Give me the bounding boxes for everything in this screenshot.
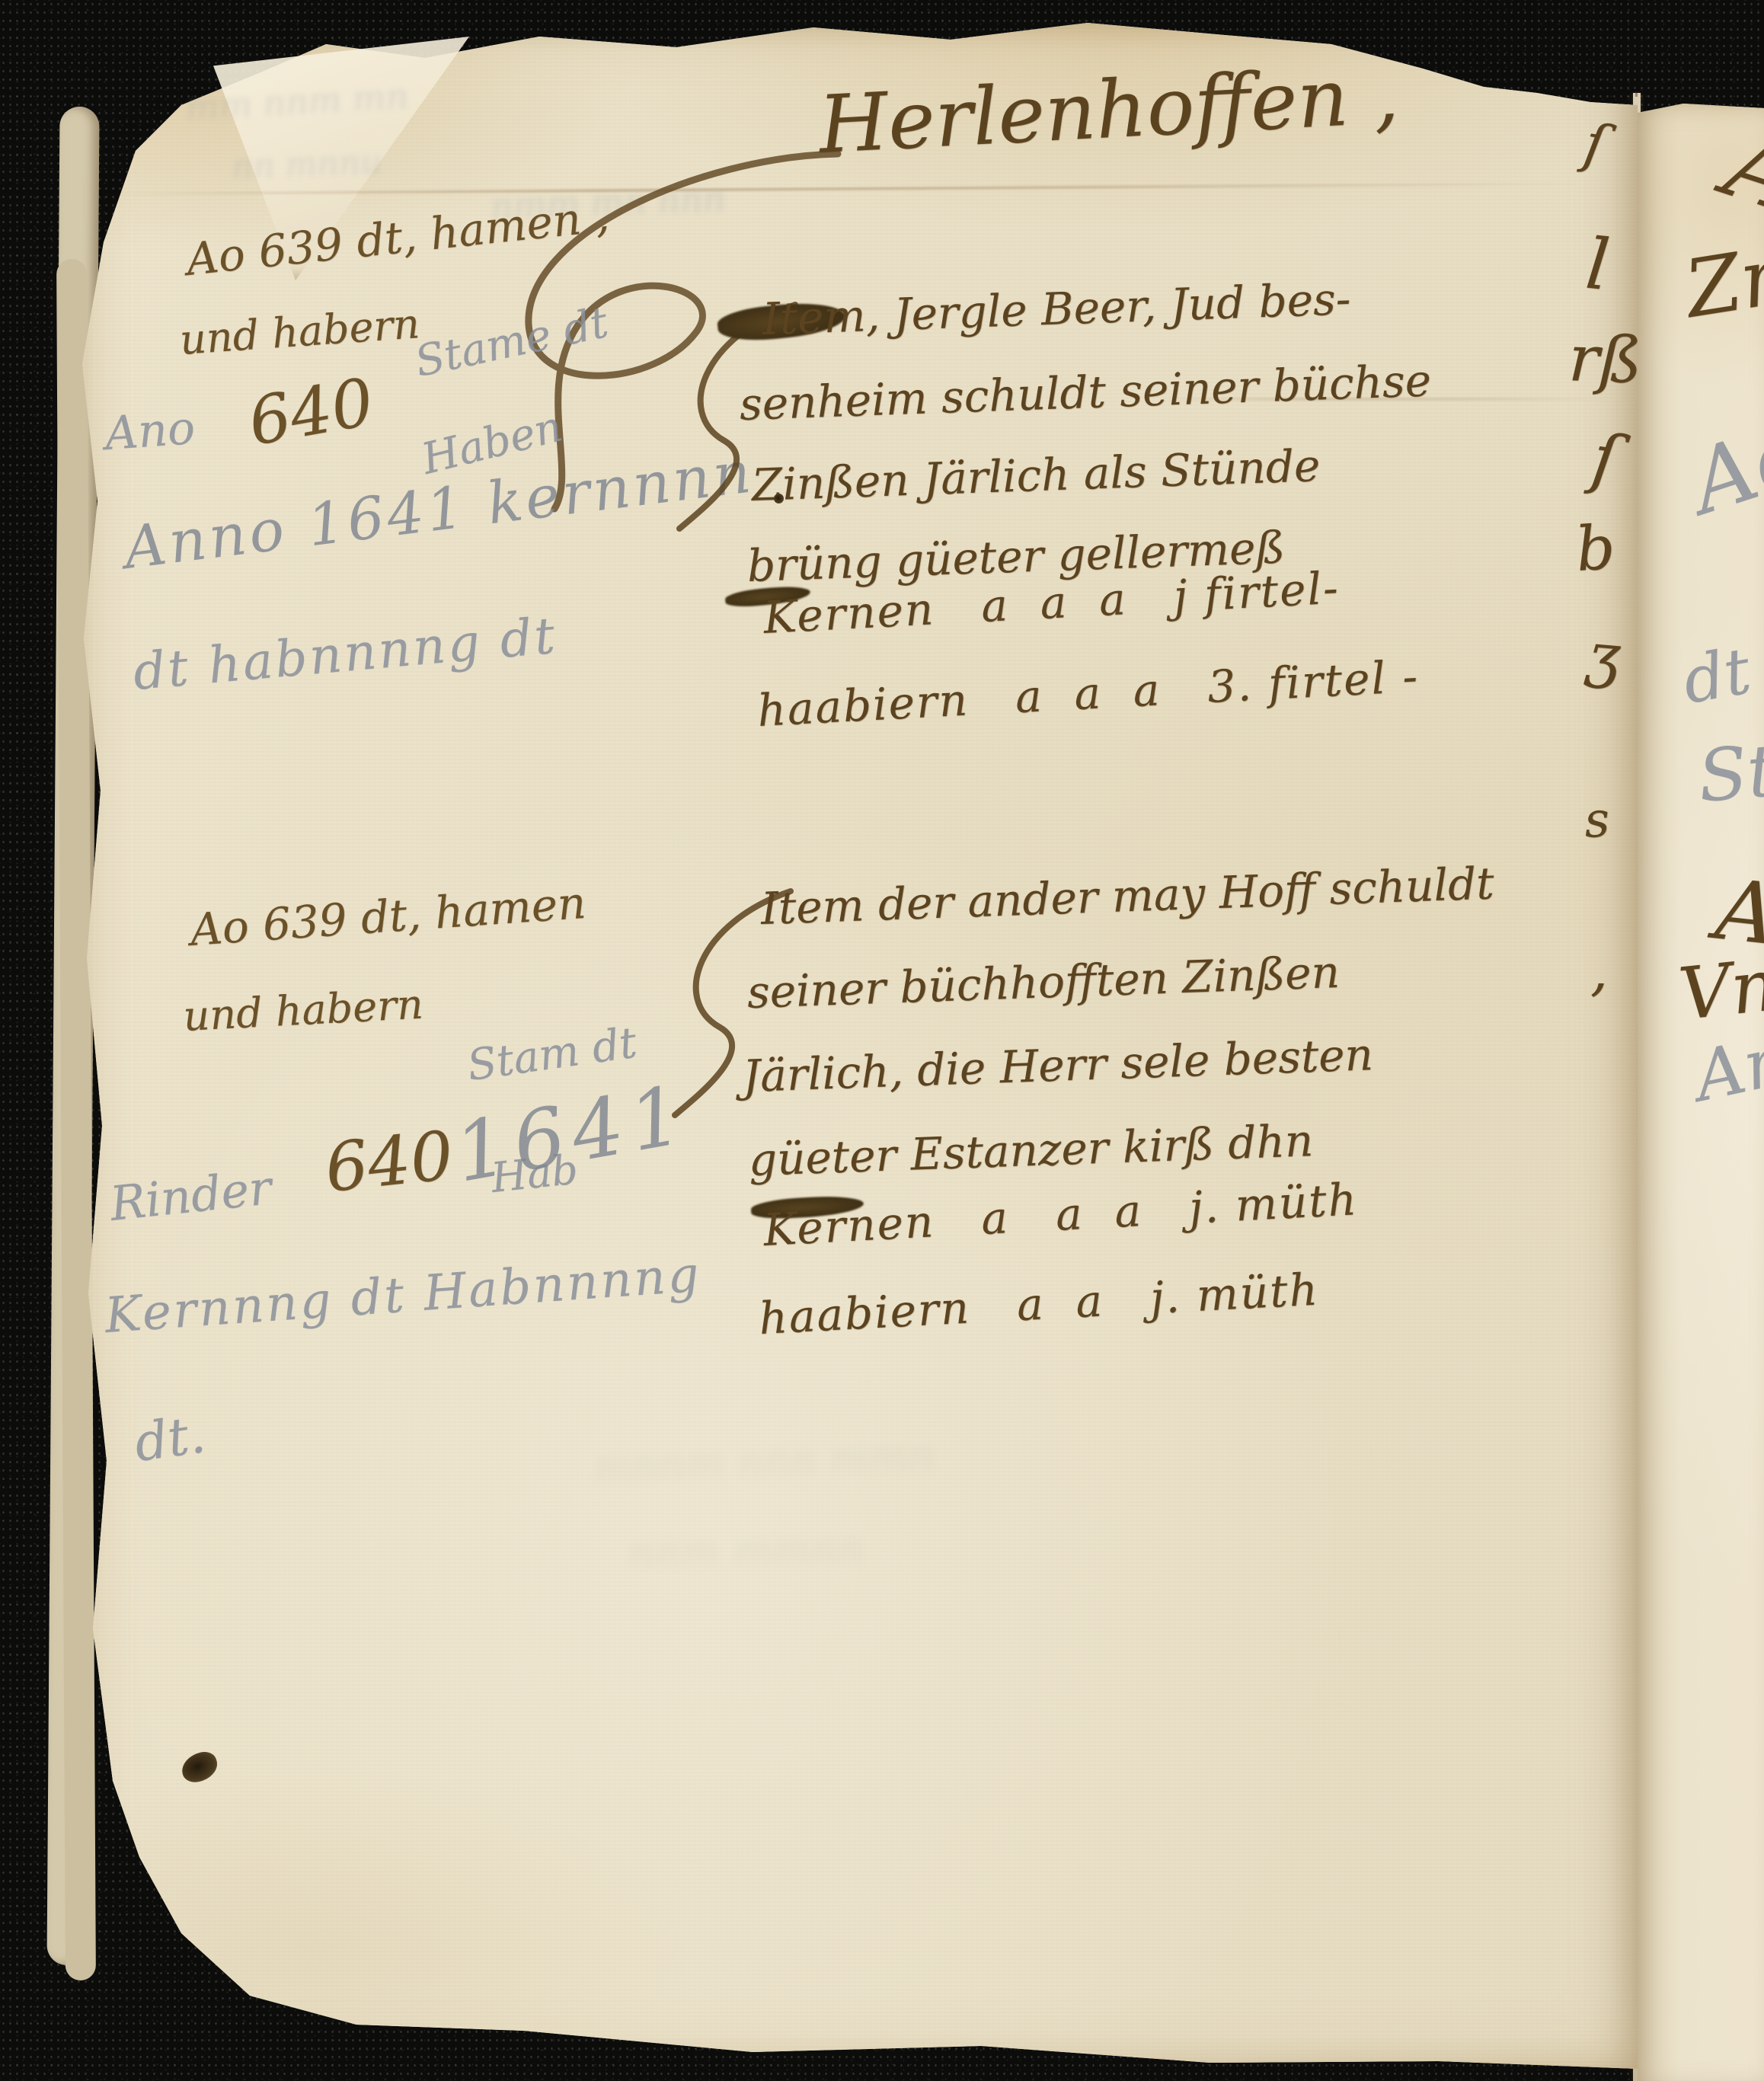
cutoff-ink-text: Vn [1676,950,1764,1031]
cutoff-ink-text: , [1590,943,1608,998]
ink-speck [774,494,784,503]
margin-note-pencil: Ano [104,405,197,457]
cutoff-pencil-text: dt [1678,638,1755,713]
cutoff-ink-text: rß [1567,326,1643,392]
margin-note-pencil: dt. [132,1409,209,1470]
manuscript-scan: A Zm Ao dt St A Vn An mm nnm mn nn mnnu … [0,0,1764,2081]
bleedthrough-text: mm nnm mn [185,78,410,125]
margin-note-ink: und habern [182,984,424,1037]
facing-page: A Zm Ao dt St A Vn An [1638,101,1764,2081]
cutoff-ink-text: A [1712,868,1764,957]
cutoff-ink-text: A [1715,114,1764,229]
margin-year-ink: 640 [322,1122,456,1202]
cutoff-pencil-text: An [1689,1025,1764,1112]
cutoff-ink-text: ʒ [1584,625,1623,687]
cutoff-ink-text: b [1574,517,1617,580]
cutoff-pencil-text: St [1695,735,1764,814]
margin-year-ink: 640 [244,369,379,456]
bleedthrough-text: nnm mmnn [628,1529,864,1574]
cutoff-ink-text: Zm [1680,231,1764,329]
bleedthrough-text: nn mnnu [231,145,382,184]
cutoff-ink-text: s [1583,795,1611,846]
bleedthrough-text: mnnm nnn mmn [593,1435,935,1488]
cutoff-pencil-text: Ao [1681,409,1764,527]
